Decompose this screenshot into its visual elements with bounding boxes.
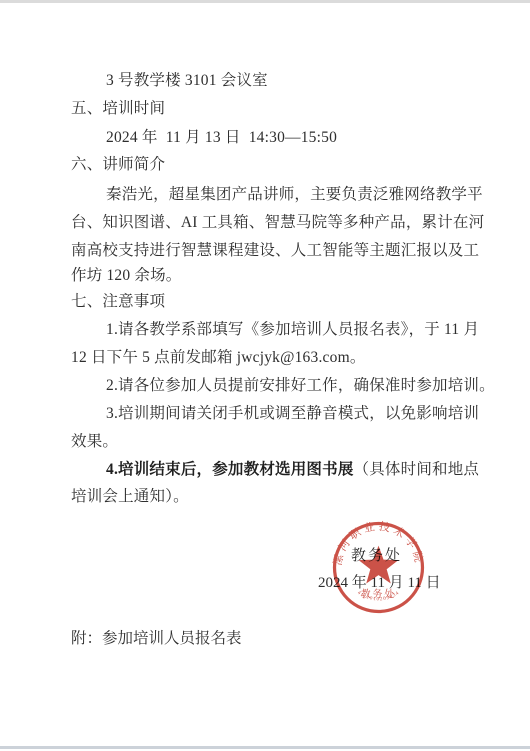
note4-rest-text: （具体时间和地点 bbox=[354, 461, 480, 478]
doc-line-lecturer-2: 台、知识图谱、AI 工具箱、智慧马院等多种产品，累计在河 bbox=[71, 214, 484, 231]
doc-line-lecturer-1: 秦浩光，超星集团产品讲师，主要负责泛雅网络教学平 bbox=[106, 186, 483, 203]
attachment-note: 附：参加培训人员报名表 bbox=[71, 626, 242, 648]
document-page: 3 号教学楼 3101 会议室 五、培训时间 2024 年 11 月 13 日 … bbox=[0, 0, 530, 751]
doc-heading-section6: 六、讲师简介 bbox=[71, 156, 165, 173]
doc-line-lecturer-3: 南高校支持进行智慧课程建设、人工智能等主题汇报以及工 bbox=[71, 242, 479, 259]
official-seal-stamp: 漯河职业技术学院 教务处 4111010203034 bbox=[331, 520, 426, 615]
doc-line-training-time: 2024 年 11 月 13 日 14:30—15:50 bbox=[106, 129, 337, 146]
doc-line-note4-1: 4.培训结束后，参加教材选用图书展（具体时间和地点 bbox=[106, 461, 479, 478]
doc-heading-section5: 五、培训时间 bbox=[71, 100, 165, 117]
doc-line-note4-2: 培训会上通知）。 bbox=[71, 488, 189, 505]
doc-line-note1-2: 12 日下午 5 点前发邮箱 jwcjyk@163.com。 bbox=[71, 349, 366, 366]
note4-bold-text: 4.培训结束后，参加教材选用图书展 bbox=[106, 461, 354, 478]
doc-line-note3-2: 效果。 bbox=[71, 433, 118, 450]
doc-line-location: 3 号教学楼 3101 会议室 bbox=[106, 72, 268, 89]
doc-line-note3-1: 3.培训期间请关闭手机或调至静音模式，以免影响培训 bbox=[106, 405, 479, 422]
doc-line-note2: 2.请各位参加人员提前安排好工作，确保准时参加培训。 bbox=[106, 377, 495, 394]
doc-line-note1-1: 1.请各教学系部填写《参加培训人员报名表》，于 11 月 bbox=[106, 321, 479, 338]
doc-line-lecturer-4: 作坊 120 余场。 bbox=[71, 267, 182, 284]
page-bottom-border bbox=[0, 746, 530, 749]
doc-heading-section7: 七、注意事项 bbox=[71, 293, 165, 310]
seal-star-icon bbox=[359, 546, 399, 584]
page-top-border bbox=[0, 0, 530, 3]
